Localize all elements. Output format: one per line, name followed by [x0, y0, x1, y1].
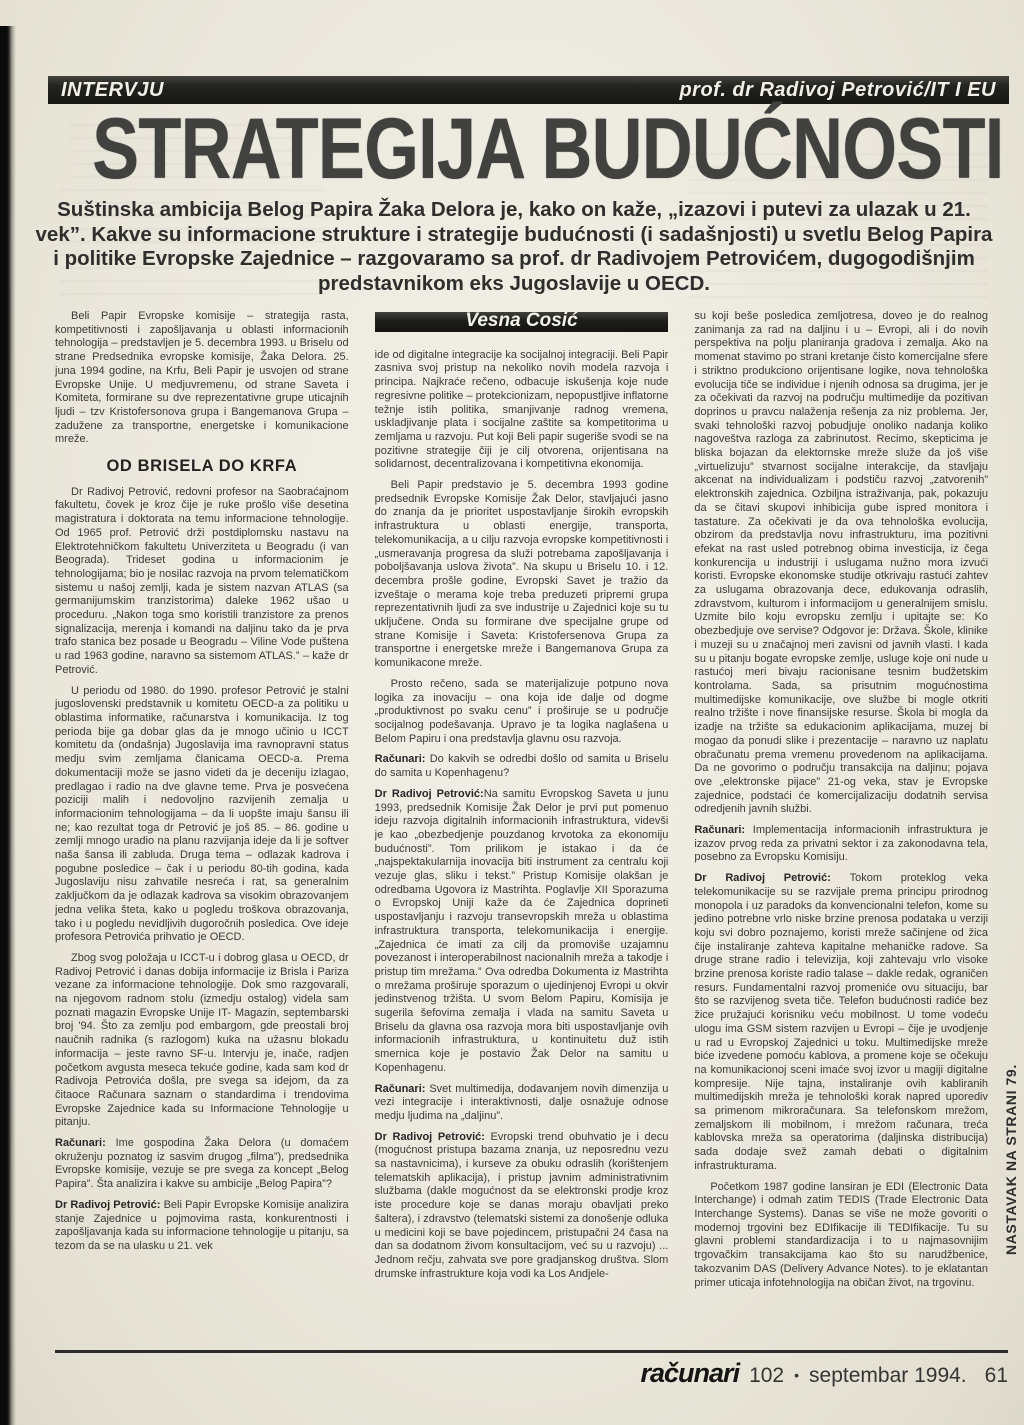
answer-lead: Dr Radivoj Petrović:: [694, 872, 849, 884]
footer: računari 102 • septembar 1994. 61: [55, 1350, 1008, 1389]
footer-bullet-icon: •: [794, 1367, 799, 1383]
page-title: STRATEGIJA BUDUĆNOSTI: [92, 106, 932, 194]
scan-spine-shadow: [0, 26, 16, 1425]
answer-paragraph: Dr Radivoj Petrović: Evropski trend obuh…: [375, 1131, 669, 1282]
question-lead: Računari:: [55, 1137, 116, 1149]
paragraph: Prosto rečeno, sada se materijalizuje po…: [375, 678, 669, 747]
answer-text: Evropski trend obuhvatio je i decu (mogu…: [375, 1131, 669, 1280]
answer-paragraph: Dr Radivoj Petrović: Tokom proteklog vek…: [694, 872, 988, 1173]
column-1: Beli Papir Evropske komisije – strategij…: [55, 310, 349, 1348]
question-lead: Računari:: [694, 824, 752, 836]
paragraph: ide od digitalne integracije ka socijaln…: [375, 349, 669, 472]
paragraph: su koji beše posledica zemljotresa, dove…: [694, 310, 988, 817]
footer-magazine-logo: računari: [641, 1358, 740, 1389]
question-paragraph: Računari: Ime gospodina Žaka Delora (u d…: [55, 1137, 349, 1192]
paragraph: Dr Radivoj Petrović, redovni profesor na…: [55, 486, 349, 678]
masthead-section-label: INTERVJU: [61, 79, 164, 102]
question-paragraph: Računari: Svet multimedija, dodavanjem n…: [375, 1083, 669, 1124]
paragraph: Zbog svog položaja u ICCT-u i dobrog gla…: [55, 952, 349, 1130]
answer-paragraph: Dr Radivoj Petrović:Na samitu Evropskog …: [375, 788, 669, 1076]
question-paragraph: Računari: Implementacija informacionih i…: [694, 824, 988, 865]
answer-paragraph: Dr Radivoj Petrović: Beli Papir Evropske…: [55, 1199, 349, 1254]
question-lead: Računari:: [375, 1083, 430, 1095]
question-lead: Računari:: [375, 753, 430, 765]
footer-page-number: 61: [985, 1364, 1008, 1388]
answer-text: Tokom proteklog veka telekomunikacije su…: [694, 872, 988, 1172]
paragraph: Beli Papir Evropske komisije – strategij…: [55, 310, 349, 447]
column-2: Vesna Ćosić ide od digitalne integracije…: [375, 310, 669, 1348]
masthead-topic-label: prof. dr Radivoj Petrović/IT I EU: [679, 79, 996, 102]
paragraph: Beli Papir predstavio je 5. decembra 199…: [375, 479, 669, 671]
answer-text: Na samitu Evropskog Saveta u junu 1993, …: [375, 788, 669, 1074]
magazine-page: INTERVJU prof. dr Radivoj Petrović/IT I …: [0, 0, 1024, 1425]
footer-date: septembar 1994.: [809, 1364, 967, 1388]
author-bar: Vesna Ćosić: [375, 312, 669, 332]
continuation-note: NASTAVAK NA STRANI 79.: [1001, 985, 1021, 1335]
footer-issue-number: 102: [749, 1364, 784, 1388]
question-paragraph: Računari: Do kakvih se odredbi došlo od …: [375, 753, 669, 780]
masthead-bar: INTERVJU prof. dr Radivoj Petrović/IT I …: [48, 76, 1009, 104]
answer-lead: Dr Radivoj Petrović:: [55, 1199, 164, 1211]
paragraph: Početkom 1987 godine lansiran je EDI (El…: [694, 1181, 988, 1291]
answer-lead: Dr Radivoj Petrović:: [375, 788, 484, 800]
answer-lead: Dr Radivoj Petrović:: [375, 1131, 491, 1143]
lede-paragraph: Suštinska ambicija Belog Papira Žaka Del…: [34, 198, 994, 296]
article-columns: Beli Papir Evropske komisije – strategij…: [55, 310, 988, 1348]
column-3: su koji beše posledica zemljotresa, dove…: [694, 310, 988, 1348]
paragraph: U periodu od 1980. do 1990. profesor Pet…: [55, 685, 349, 945]
section-heading: OD BRISELA DO KRFA: [55, 460, 349, 474]
